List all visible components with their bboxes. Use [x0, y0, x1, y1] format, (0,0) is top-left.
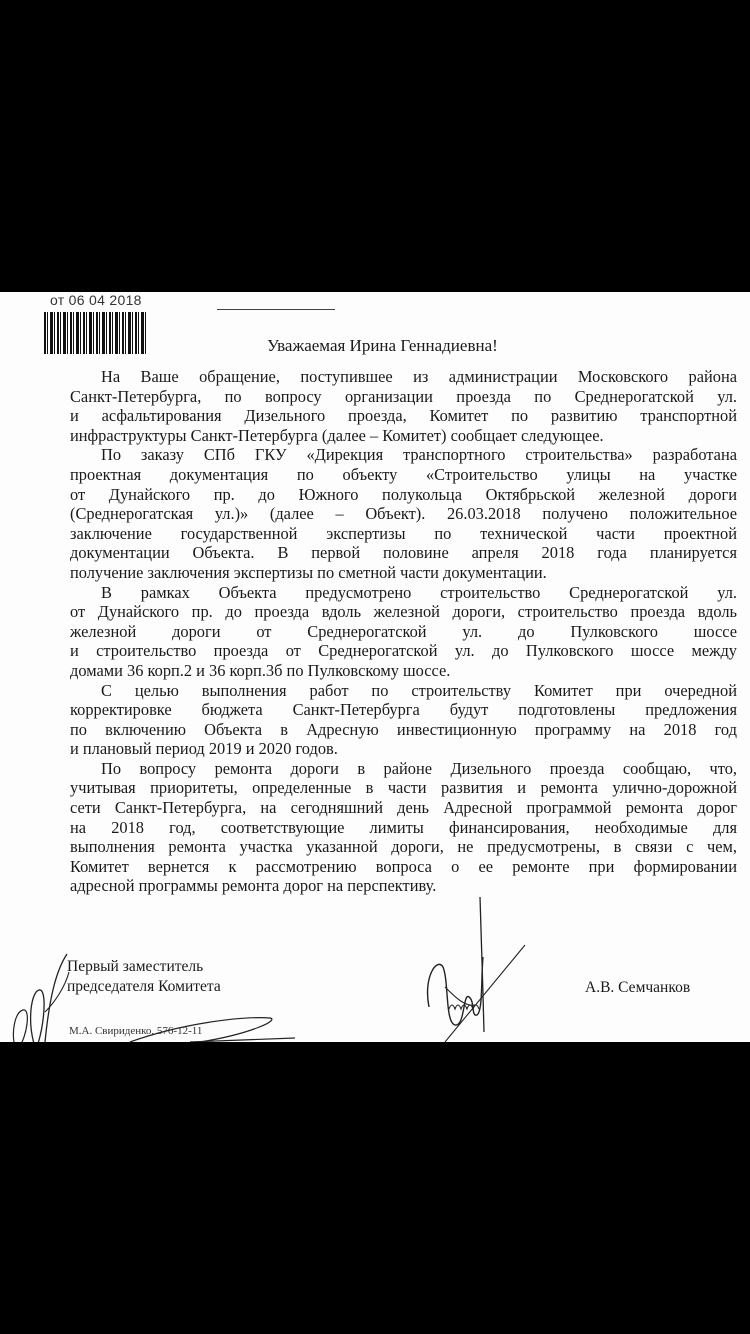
- text-line: С целью выполнения работ по строительств…: [70, 681, 737, 701]
- text-line: проектная документация по объекту «Строи…: [70, 465, 737, 485]
- paragraph: В рамках Объекта предусмотрено строитель…: [70, 583, 737, 681]
- text-line: выполнения ремонта участка указанной дор…: [70, 837, 737, 857]
- text-line: По вопросу ремонта дороги в районе Дизел…: [70, 759, 737, 779]
- paragraph: На Ваше обращение, поступившее из админи…: [70, 367, 737, 445]
- text-line: сети Санкт-Петербурга, на сегодняшний де…: [70, 798, 737, 818]
- signer-name: А.В. Семчанков: [585, 979, 690, 997]
- signature-icon: [425, 897, 585, 1042]
- date-stamp: от 06 04 2018: [50, 292, 142, 308]
- text-line: В рамках Объекта предусмотрено строитель…: [70, 583, 737, 603]
- text-line: по включению Объекта в Адресную инвестиц…: [70, 720, 737, 740]
- text-line: заключение государственной экспертизы по…: [70, 524, 737, 544]
- text-line: и плановый период 2019 и 2020 годов.: [70, 739, 737, 759]
- text-line: адресной программы ремонта дорог на перс…: [70, 876, 737, 896]
- text-line: железной дороги от Среднерогатской ул. д…: [70, 622, 737, 642]
- text-line: По заказу СПб ГКУ «Дирекция транспортног…: [70, 445, 737, 465]
- text-line: получение заключения экспертизы по сметн…: [70, 563, 737, 583]
- text-line: документации Объекта. В первой половине …: [70, 543, 737, 563]
- paragraph: По вопросу ремонта дороги в районе Дизел…: [70, 759, 737, 896]
- text-line: домами 36 корп.2 и 36 корп.3б по Пулковс…: [70, 661, 737, 681]
- text-line: На Ваше обращение, поступившее из админи…: [70, 367, 737, 387]
- text-line: Санкт-Петербурга, по вопросу организации…: [70, 387, 737, 407]
- salutation: Уважаемая Ирина Геннадиевна!: [267, 336, 498, 356]
- text-line: Комитет вернется к рассмотрению вопроса …: [70, 857, 737, 877]
- text-line: и асфальтирования Дизельного проезда, Ко…: [70, 406, 737, 426]
- text-line: от Дунайского пр. до проезда вдоль желез…: [70, 602, 737, 622]
- text-line: (Среднерогатская ул.)» (далее – Объект).…: [70, 504, 737, 524]
- letter-body: На Ваше обращение, поступившее из админи…: [70, 367, 737, 896]
- header-divider: [217, 309, 335, 310]
- initials-signature-icon: [5, 952, 105, 1042]
- text-line: учитывая приоритеты, определенные в част…: [70, 778, 737, 798]
- letter-page: от 06 04 2018 Уважаемая Ирина Геннадиевн…: [0, 292, 750, 1042]
- text-line: и строительство проезда от Среднерогатск…: [70, 641, 737, 661]
- text-line: от Дунайского пр. до Южного полукольца О…: [70, 485, 737, 505]
- paragraph: С целью выполнения работ по строительств…: [70, 681, 737, 759]
- text-line: на 2018 год, соответствующие лимиты фина…: [70, 818, 737, 838]
- paragraph: По заказу СПб ГКУ «Дирекция транспортног…: [70, 445, 737, 582]
- barcode-icon: [44, 312, 148, 354]
- initials-stroke-icon: [120, 1014, 300, 1042]
- text-line: инфраструктуры Санкт-Петербурга (далее –…: [70, 426, 737, 446]
- text-line: корректировке бюджета Санкт-Петербурга б…: [70, 700, 737, 720]
